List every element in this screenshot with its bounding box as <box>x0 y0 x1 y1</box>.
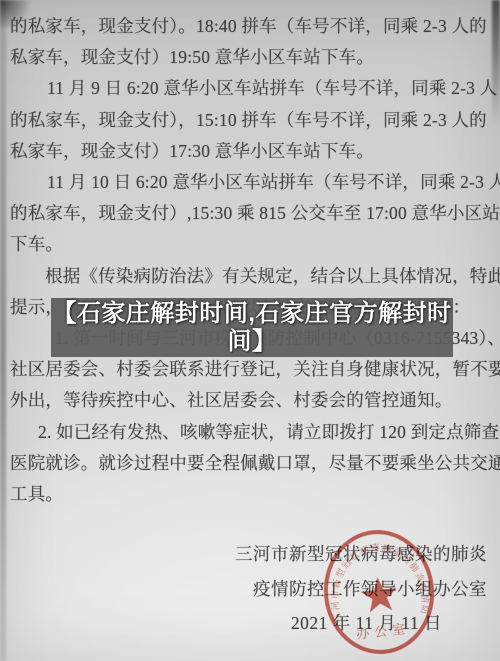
photo-edge-shadow-right <box>492 0 500 125</box>
document-photo: 的私家车，现金支付）。18:40 拼车（车号不详，同乘 2-3 人的私家车，现金… <box>0 0 500 661</box>
document-line: 的私家车，现金支付），15:10 拼车（车号不详，同乘 2-3 人的 <box>10 107 487 132</box>
seal-star-icon <box>359 575 399 613</box>
photo-edge-shadow-left <box>0 0 6 661</box>
document-line: 工具。 <box>10 481 63 506</box>
document-line: 私家车，现金支付）17:30 意华小区车站下车。 <box>10 138 374 163</box>
document-line: 外出，等待疾控中心、社区居委会、村委会的管控通知。 <box>10 387 453 412</box>
watermark-title: 【石家庄解封时间,石家庄官方解封时间】 <box>51 300 453 356</box>
document-line: 2. 如已经有发热、咳嗽等症状，请立即拨打 120 到定点筛查 <box>38 419 499 444</box>
watermark-banner: 【石家庄解封时间,石家庄官方解封时间】 <box>51 298 453 357</box>
document-line: 医院就诊。就诊过程中要全程佩戴口罩，尽量不要乘坐公共交通 <box>10 450 500 475</box>
document-line: 的私家车，现金支付）。18:40 拼车（车号不详，同乘 2-3 人的 <box>10 13 487 38</box>
official-seal: 三河市新型冠状病毒感染的肺炎疫情防控工作领导小组 办公室 <box>308 518 450 661</box>
document-line: 根据《传染病防治法》有关规定，结合以上具体情况，特此 <box>45 263 500 288</box>
document-line: 社区居委会、村委会联系进行登记，关注自身健康状况，暂不要 <box>10 356 500 381</box>
document-line: 11 月 9 日 6:20 意华小区车站拼车（车号不详，同乘 2-3 人 <box>47 75 497 100</box>
seal-office-text: 办公室 <box>355 621 410 643</box>
document-line: 11 月 10 日 6:20 意华小区车站拼车（车号不详，同乘 2-3 人 <box>47 169 500 194</box>
document-line: 的私家车，现金支付）,15:30 乘 815 公交车至 17:00 意华小区站 <box>10 200 500 225</box>
document-line: 下车。 <box>10 231 63 256</box>
photo-corner-shadow <box>0 0 34 28</box>
document-line: 私家车，现金支付）19:50 意华小区车站下车。 <box>10 44 374 69</box>
